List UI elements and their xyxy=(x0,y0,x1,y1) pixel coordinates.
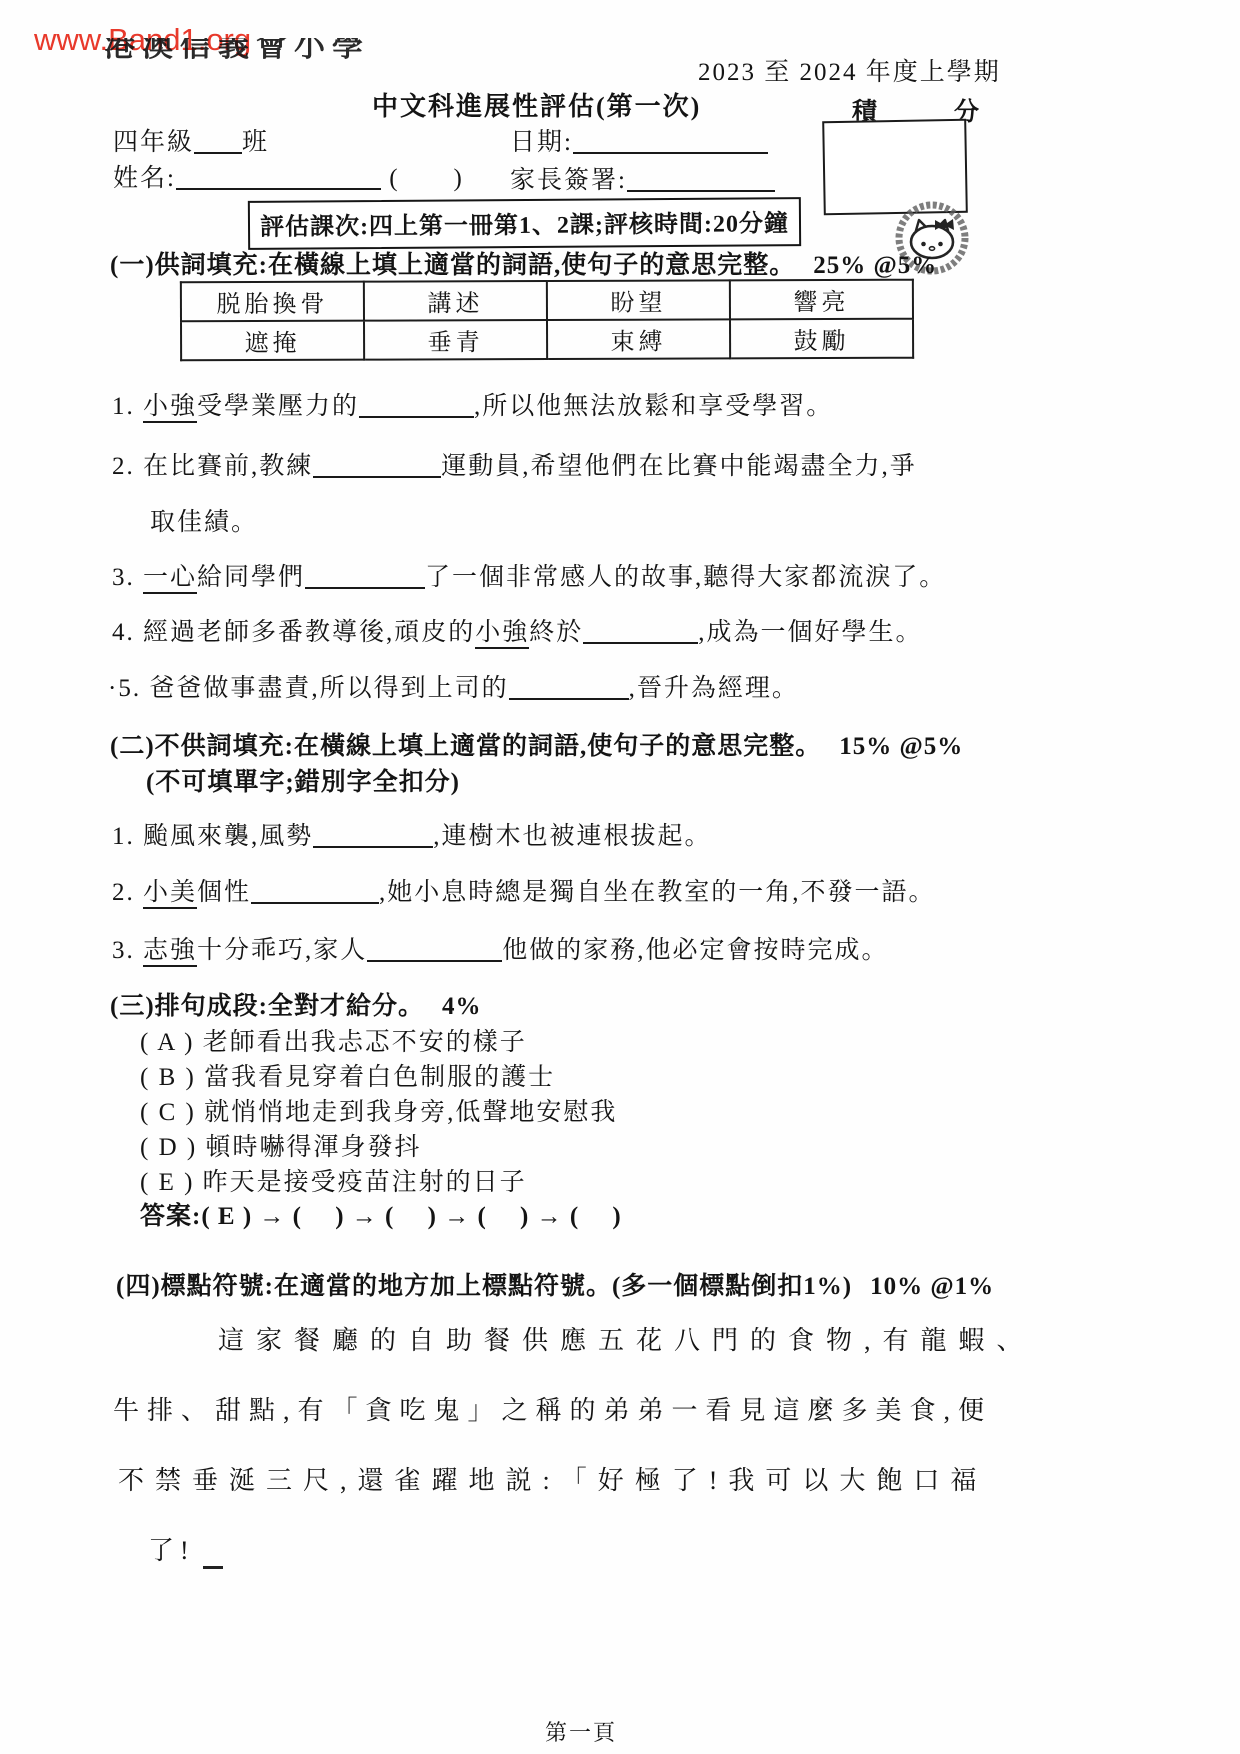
underlined-name: 小美 xyxy=(143,879,197,909)
word-bank-table: 脱胎換骨 講述 盼望 響亮 遮掩 垂青 束縛 鼓勵 xyxy=(180,279,914,362)
answer-blank xyxy=(509,673,629,700)
section2-marks: 15% @5% xyxy=(839,733,963,760)
s1-question-2-continued: 取佳績。 xyxy=(150,502,258,538)
s3-item-A: ( A ) 老師看出我忐忑不安的樣子 xyxy=(140,1022,527,1058)
table-row: 遮掩 垂青 束縛 鼓勵 xyxy=(181,319,913,361)
section1-heading: (一)供詞填充:在橫線上填上適當的詞語,使句子的意思完整。25% @5% xyxy=(110,245,937,281)
s2-question-2: 2. 小美個性,她小息時總是獨自坐在教室的一角,不發一語。 xyxy=(112,872,936,908)
section4-heading: (四)標點符號:在適當的地方加上標點符號。(多一個標點倒扣1%)10% @1% xyxy=(116,1266,994,1302)
word-cell: 響亮 xyxy=(730,280,913,320)
question-number: 1. xyxy=(112,823,135,850)
word-cell: 遮掩 xyxy=(181,321,364,361)
s1-question-2: 2. 在比賽前,教練運動員,希望他們在比賽中能竭盡全力,爭 xyxy=(112,446,917,482)
punctuation-paragraph-line-4: 了! xyxy=(148,1530,223,1569)
question-number: 3. xyxy=(112,937,135,964)
section3-marks: 4% xyxy=(442,993,482,1020)
scanned-exam-page: www.Band1.org 港澳信義會小學 2023 至 2024 年度上學期 … xyxy=(0,0,1240,1754)
page-title: 中文科進展性評估(第一次) xyxy=(372,86,701,123)
answer-blank xyxy=(367,935,502,962)
question-number: 2. xyxy=(112,879,135,906)
parent-sign-label: 家長簽署: xyxy=(510,167,627,194)
s1-question-5: ·5. 爸爸做事盡責,所以得到上司的,晉升為經理。 xyxy=(108,668,799,704)
name-label: 姓名: xyxy=(113,165,176,192)
s2-question-3: 3. 志強十分乖巧,家人他做的家務,他必定會按時完成。 xyxy=(112,930,889,966)
s3-item-E: ( E ) 昨天是接受疫苗注射的日子 xyxy=(140,1162,527,1198)
page-number: 第一頁 xyxy=(545,1716,617,1747)
s1-question-1: 1. 小強受學業壓力的,所以他無法放鬆和享受學習。 xyxy=(112,386,833,422)
class-field: 四年級班 xyxy=(113,122,269,158)
word-cell: 垂青 xyxy=(364,320,547,360)
underlined-name: 小強 xyxy=(475,619,529,649)
punctuation-paragraph-line-3: 不禁垂涎三尺,還雀躍地説:「好極了!我可以大飽口福 xyxy=(118,1460,987,1497)
word-cell: 鼓勵 xyxy=(730,319,913,359)
class-prefix: 四年級 xyxy=(113,129,194,156)
punctuation-paragraph-line-2: 牛排、甜點,有「貪吃鬼」之稱的弟弟一看見這麼多美食,便 xyxy=(113,1390,992,1427)
date-blank xyxy=(573,127,768,154)
name-number-paren: ( ) xyxy=(389,165,464,192)
word-cell: 盼望 xyxy=(547,280,730,320)
s1-question-3: 3. 一心給同學們了一個非常感人的故事,聽得大家都流淚了。 xyxy=(112,557,946,593)
answer-blank xyxy=(359,391,474,418)
assessment-info-box: 評估課次:四上第一冊第1、2課;評核時間:20分鐘 xyxy=(248,197,801,250)
question-number: 1. xyxy=(112,393,135,420)
section4-marks: 10% @1% xyxy=(870,1273,994,1300)
word-cell: 脱胎換骨 xyxy=(181,282,364,322)
section1-marks: 25% @5% xyxy=(813,252,937,279)
s3-item-D: ( D ) 頓時嚇得渾身發抖 xyxy=(140,1127,421,1163)
school-year: 2023 至 2024 年度上學期 xyxy=(698,52,1001,88)
punctuation-paragraph-line-1: 這家餐廳的自助餐供應五花八門的食物,有龍蝦、 xyxy=(218,1320,1035,1357)
s2-question-1: 1. 颱風來襲,風勢,連樹木也被連根拔起。 xyxy=(112,816,712,852)
handwritten-underline-mark xyxy=(203,1566,223,1569)
section2-note: (不可填單字;錯別字全扣分) xyxy=(146,762,460,798)
table-row: 脱胎換骨 講述 盼望 響亮 xyxy=(181,280,913,322)
answer-blank xyxy=(313,451,441,478)
s3-item-B: ( B ) 當我看見穿着白色制服的護士 xyxy=(140,1057,555,1093)
section2-heading: (二)不供詞填充:在橫線上填上適當的詞語,使句子的意思完整。15% @5% xyxy=(110,726,963,762)
name-blank xyxy=(176,163,381,190)
question-number: ·5. xyxy=(108,675,141,702)
school-name: 港澳信義會小學 xyxy=(104,38,370,63)
section3-heading: (三)排句成段:全對才給分。4% xyxy=(110,986,481,1022)
word-cell: 束縛 xyxy=(547,319,730,359)
answer-blank xyxy=(583,617,698,644)
parent-sign-blank xyxy=(627,165,775,192)
question-number: 2. xyxy=(112,453,135,480)
date-label: 日期: xyxy=(510,129,573,156)
s1-question-4: 4. 經過老師多番教導後,頑皮的小強終於,成為一個好學生。 xyxy=(112,612,923,648)
s3-answer-line: 答案:( E ) → ( ) → ( ) → ( ) → ( ) xyxy=(140,1196,622,1232)
underlined-name: 一心 xyxy=(143,564,197,594)
s3-item-C: ( C ) 就悄悄地走到我身旁,低聲地安慰我 xyxy=(140,1092,617,1128)
answer-blank xyxy=(313,821,433,848)
class-blank xyxy=(194,127,242,154)
class-suffix: 班 xyxy=(242,129,269,156)
question-number: 3. xyxy=(112,564,135,591)
date-field: 日期: xyxy=(510,122,768,158)
answer-blank xyxy=(251,877,379,904)
question-number: 4. xyxy=(112,619,135,646)
underlined-name: 小強 xyxy=(143,393,197,423)
name-field: 姓名: ( ) xyxy=(113,158,464,194)
answer-blank xyxy=(305,562,425,589)
parent-sign-field: 家長簽署: xyxy=(510,160,775,196)
word-cell: 講述 xyxy=(364,281,547,321)
underlined-name: 志強 xyxy=(143,937,197,967)
